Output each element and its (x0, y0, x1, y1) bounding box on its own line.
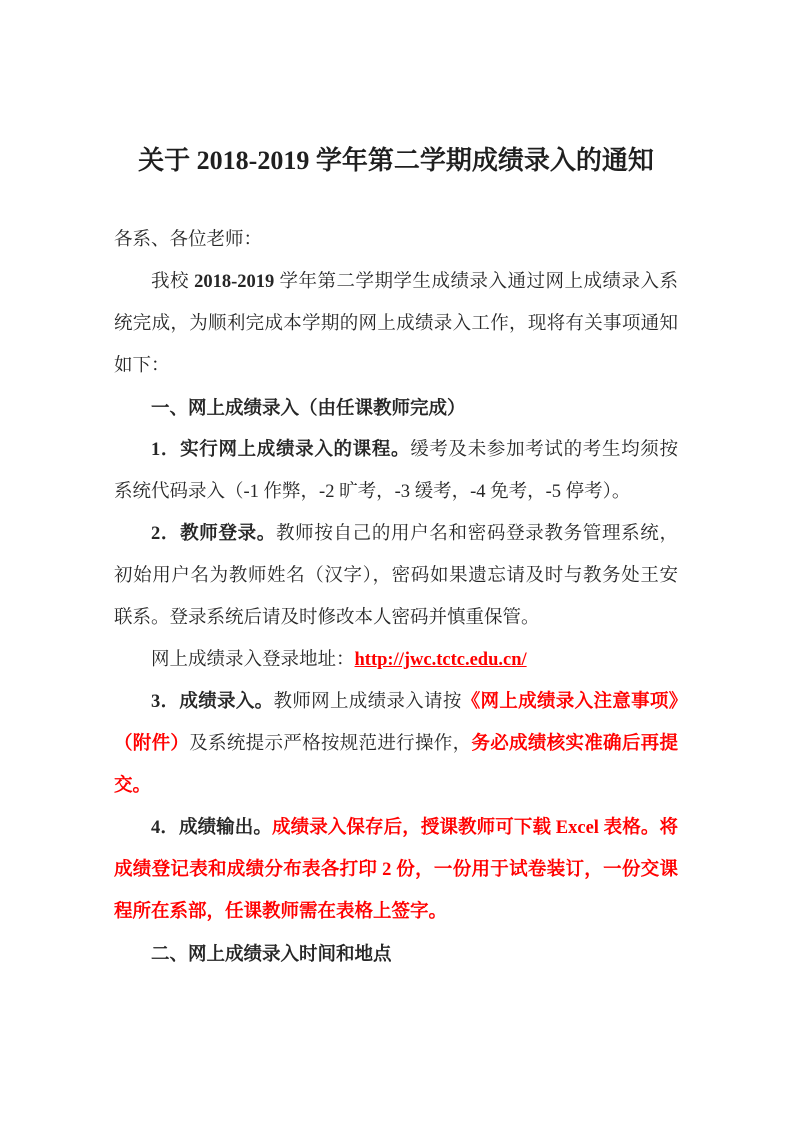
login-url-line: 网上成绩录入登录地址：http://jwc.tctc.edu.cn/ (114, 639, 678, 681)
section-2-heading: 二、网上成绩录入时间和地点 (114, 933, 678, 975)
item-lead-run: 2．教师登录。 (151, 524, 276, 544)
item-lead-run: 1．实行网上成绩录入的课程。 (151, 440, 410, 460)
document-body: 各系、各位老师：我校 2018-2019 学年第二学期学生成绩录入通过网上成绩录… (114, 219, 678, 975)
item-2-teacher-login: 2．教师登录。教师按自己的用户名和密码登录教务管理系统，初始用户名为教师姓名（汉… (114, 513, 678, 639)
text-run: 2018-2019 (194, 272, 274, 292)
document-title: 关于 2018-2019 学年第二学期成绩录入的通知 (114, 139, 678, 183)
section-heading-run: 一、网上成绩录入（由任课教师完成） (151, 397, 466, 418)
text-run: 网上成绩录入登录地址： (151, 650, 355, 670)
section-1-heading: 一、网上成绩录入（由任课教师完成） (114, 387, 678, 429)
intro-paragraph: 我校 2018-2019 学年第二学期学生成绩录入通过网上成绩录入系统完成，为顺… (114, 261, 678, 387)
text-run: 各系、各位老师： (114, 230, 262, 250)
grade-entry-url-link[interactable]: http://jwc.tctc.edu.cn/ (355, 650, 527, 670)
document-content: 关于 2018-2019 学年第二学期成绩录入的通知 各系、各位老师：我校 20… (0, 0, 794, 975)
salutation: 各系、各位老师： (114, 219, 678, 261)
section-heading-run: 二、网上成绩录入时间和地点 (151, 943, 392, 964)
item-lead-run: 3．成绩录入。 (151, 692, 274, 712)
item-3-grade-entry: 3．成绩录入。教师网上成绩录入请按《网上成绩录入注意事项》（附件）及系统提示严格… (114, 681, 678, 807)
item-lead-run: 4．成绩输出。 (151, 818, 272, 838)
text-run: 教师网上成绩录入请按 (274, 692, 462, 712)
text-run: 及系统提示严格按规范进行操作， (189, 734, 471, 754)
document-page: 关于 2018-2019 学年第二学期成绩录入的通知 各系、各位老师：我校 20… (0, 0, 794, 1123)
item-4-grade-output: 4．成绩输出。成绩录入保存后，授课教师可下载 Excel 表格。将成绩登记表和成… (114, 807, 678, 933)
text-run: 我校 (151, 272, 194, 292)
item-1-courses: 1．实行网上成绩录入的课程。缓考及未参加考试的考生均须按系统代码录入（-1 作弊… (114, 429, 678, 513)
